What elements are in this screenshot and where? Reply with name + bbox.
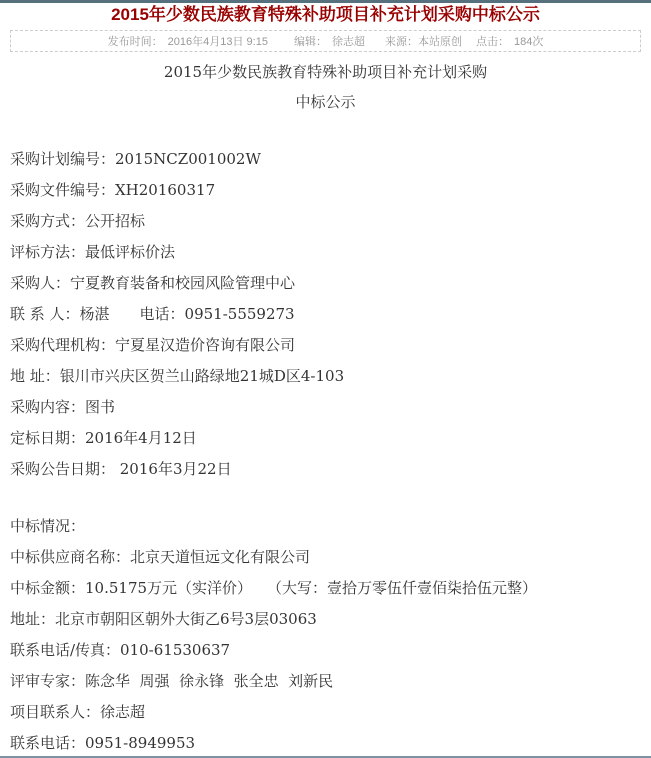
editor-value: 徐志超 — [332, 33, 365, 49]
announcement-page: 2015年少数民族教育特殊补助项目补充计划采购中标公示 发布时间： 2016年4… — [0, 0, 651, 758]
hits-label: 点击： — [476, 33, 509, 49]
field-document-number: 采购文件编号：XH20160317 — [10, 175, 651, 206]
field-contact-and-phone: 联 系 人：杨湛 电话：0951-5559273 — [10, 299, 651, 330]
document-body: 采购计划编号：2015NCZ001002W 采购文件编号：XH20160317 … — [0, 144, 651, 758]
field-announcement-date: 采购公告日期： 2016年3月22日 — [10, 454, 651, 485]
meta-bar: 发布时间： 2016年4月13日 9:15 编辑： 徐志超 来源： 本站原创 点… — [10, 30, 641, 52]
field-agency-address: 地 址：银川市兴庆区贺兰山路绿地21城D区4-103 — [10, 361, 651, 392]
document-title-line1: 2015年少数民族教育特殊补助项目补充计划采购 — [0, 64, 651, 80]
field-agency: 采购代理机构：宁夏星汉造价咨询有限公司 — [10, 330, 651, 361]
field-procurement-method: 采购方式：公开招标 — [10, 206, 651, 237]
section-spacer — [10, 485, 651, 511]
editor-label: 编辑： — [294, 33, 327, 49]
document-title-line2: 中标公示 — [0, 94, 651, 110]
award-project-contact: 项目联系人：徐志超 — [10, 697, 651, 728]
source-label: 来源： — [385, 33, 418, 49]
field-purchaser: 采购人：宁夏教育装备和校园风险管理中心 — [10, 268, 651, 299]
field-procurement-content: 采购内容：图书 — [10, 392, 651, 423]
page-title: 2015年少数民族教育特殊补助项目补充计划采购中标公示 — [0, 5, 651, 25]
award-supplier-name: 中标供应商名称：北京天道恒远文化有限公司 — [10, 542, 651, 573]
publish-time-value: 2016年4月13日 9:15 — [168, 33, 268, 49]
hits-value: 184次 — [514, 33, 543, 49]
award-supplier-address: 地址：北京市朝阳区朝外大街乙6号3层03063 — [10, 604, 651, 635]
award-contact-phone: 联系电话：0951-8949953 — [10, 728, 651, 758]
field-award-date: 定标日期：2016年4月12日 — [10, 423, 651, 454]
award-phone-fax: 联系电话/传真：010-61530637 — [10, 635, 651, 666]
field-evaluation-method: 评标方法：最低评标价法 — [10, 237, 651, 268]
award-status-heading: 中标情况： — [10, 511, 651, 542]
award-review-experts: 评审专家：陈念华 周强 徐永锋 张全忠 刘新民 — [10, 666, 651, 697]
source-value: 本站原创 — [418, 33, 462, 49]
publish-time-label: 发布时间： — [108, 33, 163, 49]
award-amount: 中标金额：10.5175万元（实洋价） （大写：壹拾万零伍仟壹佰柒拾伍元整） — [10, 573, 651, 604]
field-plan-number: 采购计划编号：2015NCZ001002W — [10, 144, 651, 175]
